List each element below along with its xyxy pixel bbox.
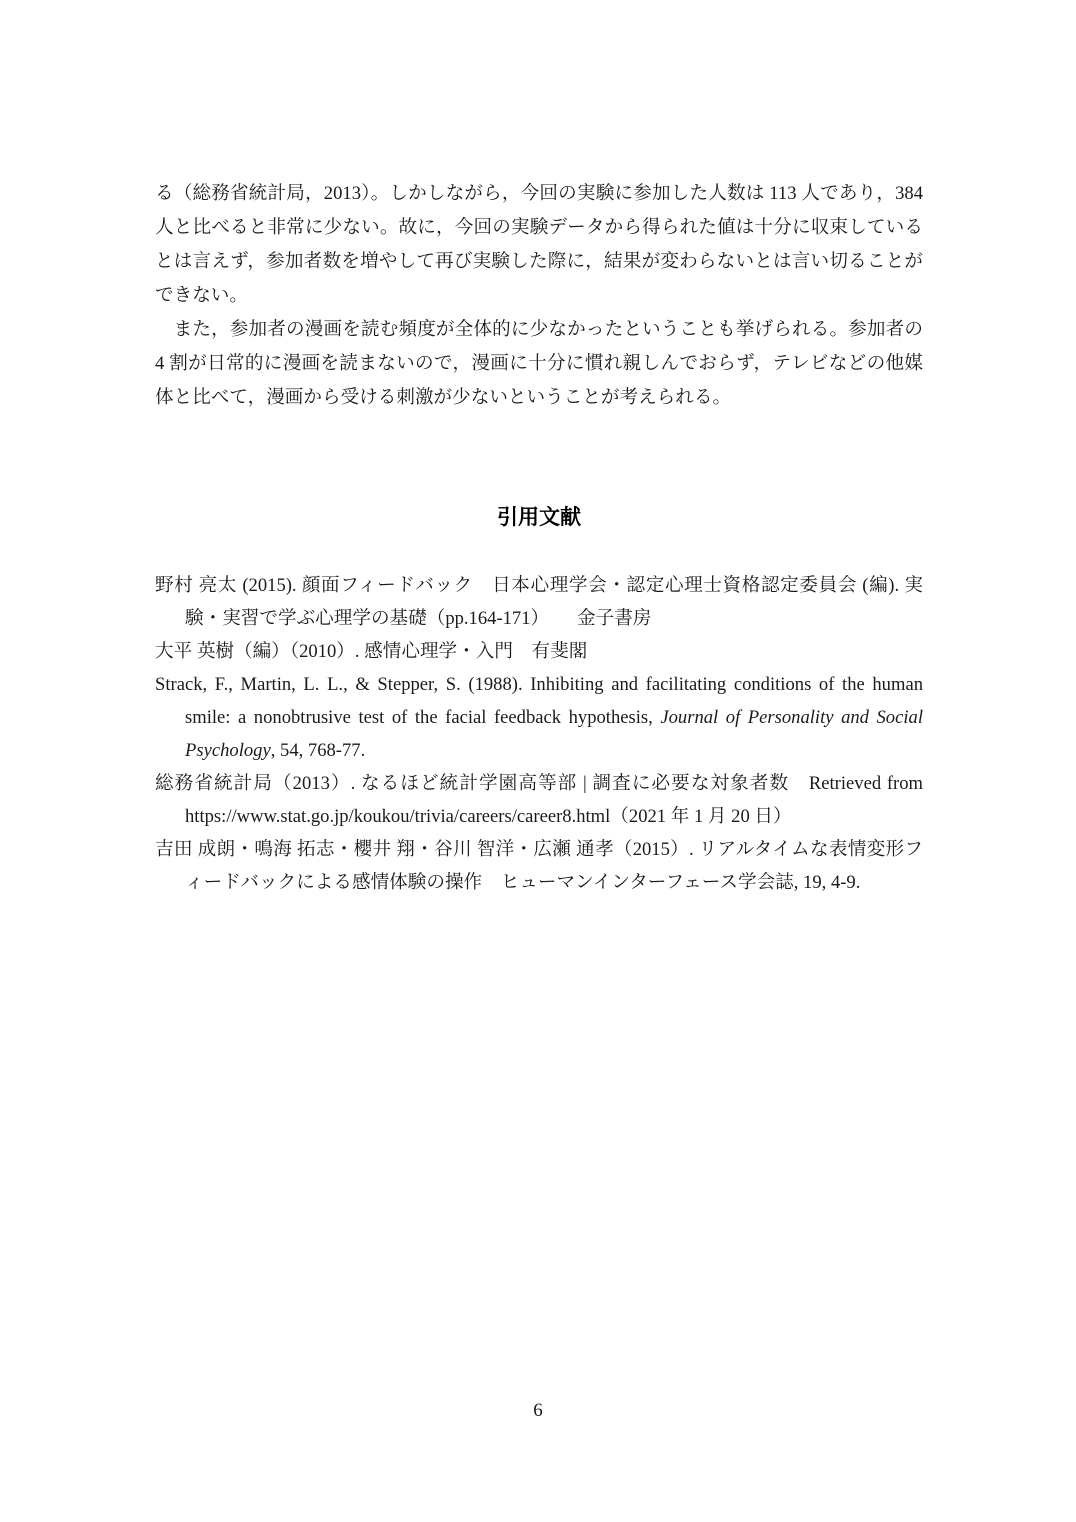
- reference-text: 大平 英樹（編）（2010）. 感情心理学・入門 有斐閣: [155, 641, 587, 662]
- reference-entry-yoshida: 吉田 成朗・鳴海 拓志・櫻井 翔・谷川 智洋・広瀬 通孝（2015）. リアルタ…: [155, 833, 923, 899]
- reference-text: , 54, 768-77.: [271, 740, 366, 761]
- reference-entry-ohira: 大平 英樹（編）（2010）. 感情心理学・入門 有斐閣: [155, 635, 923, 668]
- page-content: る（総務省統計局，2013）。しかしながら，今回の実験に参加した人数は 113 …: [155, 177, 923, 899]
- reference-entry-nomura: 野村 亮太 (2015). 顔面フィードバック 日本心理学会・認定心理士資格認定…: [155, 569, 923, 635]
- reference-list: 野村 亮太 (2015). 顔面フィードバック 日本心理学会・認定心理士資格認定…: [155, 569, 923, 899]
- body-paragraph-1: る（総務省統計局，2013）。しかしながら，今回の実験に参加した人数は 113 …: [155, 177, 923, 313]
- document-page: る（総務省統計局，2013）。しかしながら，今回の実験に参加した人数は 113 …: [0, 0, 1076, 1522]
- reference-text: 野村 亮太 (2015). 顔面フィードバック 日本心理学会・認定心理士資格認定…: [155, 575, 923, 629]
- body-paragraph-2: また，参加者の漫画を読む頻度が全体的に少なかったということも挙げられる。参加者の…: [155, 313, 923, 415]
- reference-entry-soumushou: 総務省統計局（2013）. なるほど統計学園高等部 | 調査に必要な対象者数 R…: [155, 767, 923, 833]
- reference-text: 吉田 成朗・鳴海 拓志・櫻井 翔・谷川 智洋・広瀬 通孝（2015）. リアルタ…: [155, 839, 923, 893]
- page-number: 6: [0, 1398, 1076, 1424]
- reference-entry-strack: Strack, F., Martin, L. L., & Stepper, S.…: [155, 668, 923, 767]
- references-heading: 引用文献: [155, 501, 923, 535]
- reference-text: 総務省統計局（2013）. なるほど統計学園高等部 | 調査に必要な対象者数 R…: [155, 773, 923, 827]
